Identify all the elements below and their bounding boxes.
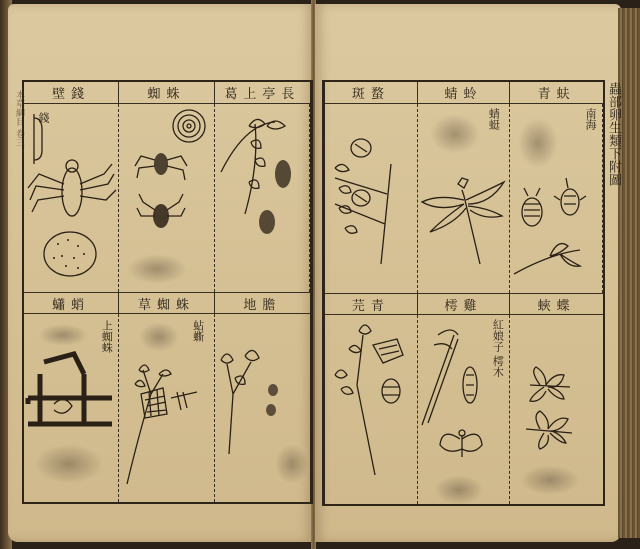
illustration-didan: [215, 314, 310, 502]
cell-label: 斑蝥: [325, 82, 418, 104]
print-smudge: [430, 114, 480, 154]
cell-label: 蠨蛸: [24, 292, 119, 314]
category-caption: 蟲部卵生類下附圖: [604, 82, 623, 282]
illustration-yuanqing: [325, 315, 418, 504]
print-smudge: [38, 324, 88, 346]
right-grid: 斑蝥 蜻蛉 青蚨 蜻蜓: [325, 82, 603, 504]
open-book: 本草綱目 卷三 壁錢 蜘蛛 葛上亭長 錢: [0, 0, 640, 549]
illustration-zhizhu: [119, 104, 214, 292]
illustration-xiaoshao: 上蜘蛛: [24, 314, 119, 502]
print-smudge: [275, 444, 309, 484]
banmao-drawing: [325, 104, 415, 294]
illustration-qingfu: 南海: [510, 104, 603, 293]
print-smudge: [520, 465, 580, 495]
bizhen-drawing: [24, 104, 119, 294]
illustration-geshang-tingzhang: [215, 104, 310, 292]
yuanqing-drawing: [325, 315, 415, 505]
print-smudge: [518, 118, 558, 168]
cell-label: 蛺蝶: [510, 293, 603, 315]
cell-label: 壁錢: [24, 82, 119, 104]
cell-label: 青蚨: [510, 82, 603, 104]
cell-label: 葛上亭長: [215, 82, 310, 104]
illustration-chuji: 紅娘子 樗木: [418, 315, 511, 504]
print-smudge: [434, 475, 484, 505]
left-illustration-frame: 壁錢 蜘蛛 葛上亭長 錢: [22, 80, 313, 504]
left-grid: 壁錢 蜘蛛 葛上亭長 錢: [24, 82, 310, 502]
print-smudge: [34, 444, 104, 484]
illustration-jiadie: [510, 315, 603, 504]
illustration-banmao: [325, 104, 418, 293]
illustration-cao-zhizhu: 蛅蟖: [119, 314, 214, 502]
cell-label: 芫青: [325, 293, 418, 315]
cell-label: 蜘蛛: [119, 82, 214, 104]
cell-label: 草蜘蛛: [119, 292, 214, 314]
cell-label: 蜻蛉: [418, 82, 511, 104]
print-smudge: [139, 322, 179, 352]
illustration-bizhen: 錢: [24, 104, 119, 292]
illustration-qingling: 蜻蜓: [418, 104, 511, 293]
right-illustration-frame: 斑蝥 蜻蛉 青蚨 蜻蜓: [322, 80, 605, 506]
geshang-drawing: [215, 104, 310, 294]
cell-label: 樗雞: [418, 293, 511, 315]
print-smudge: [127, 254, 187, 284]
cell-label: 地膽: [215, 292, 310, 314]
